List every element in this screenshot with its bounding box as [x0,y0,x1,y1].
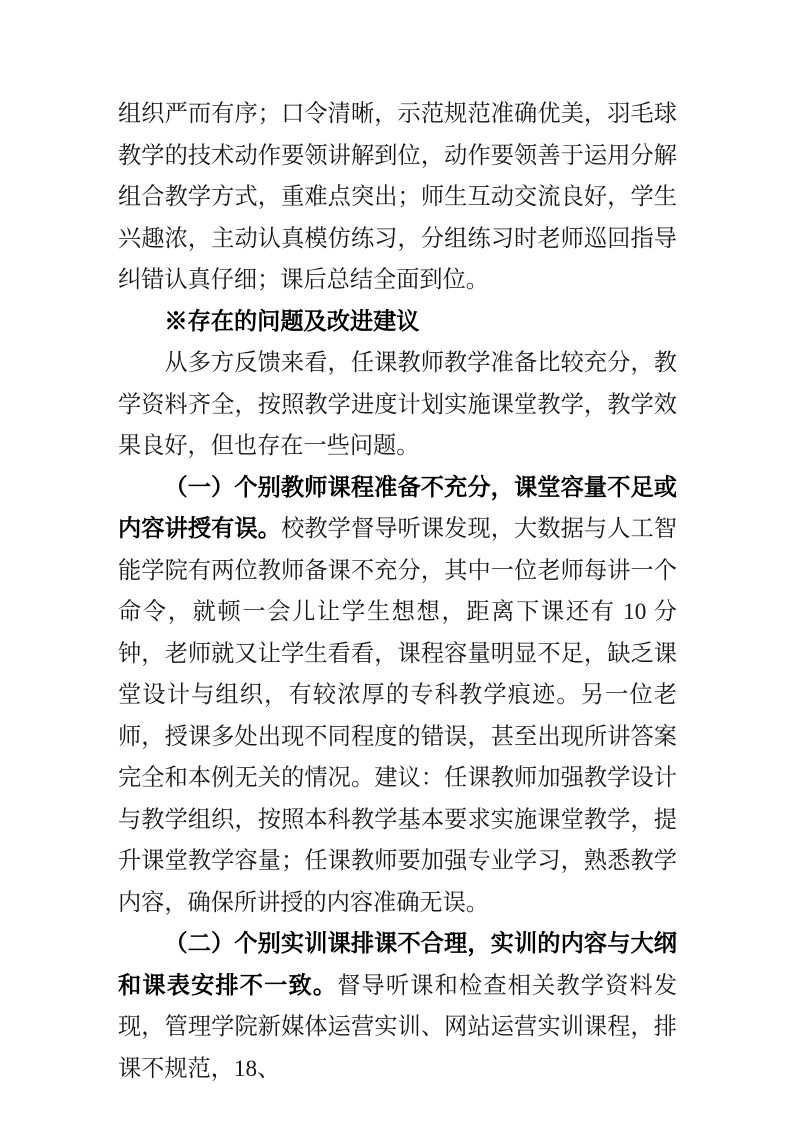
paragraph-overview: 从多方反馈来看，任课教师教学准备比较充分，教学资料齐全，按照教学进度计划实施课堂… [118,343,677,468]
section-heading: ※存在的问题及改进建议 [118,302,677,344]
paragraph-continuation-text: 组织严而有序；口令清晰，示范规范准确优美，羽毛球教学的技术动作要领讲解到位，动作… [118,101,677,293]
paragraph-continuation: 组织严而有序；口令清晰，示范规范准确优美，羽毛球教学的技术动作要领讲解到位，动作… [118,94,677,302]
issue-1-body-text: 校教学督导听课发现，大数据与人工智能学院有两位教师备课不充分，其中一位老师每讲一… [118,516,677,916]
paragraph-issue-2: （二）个别实训课排课不合理，实训的内容与大纲和课表安排不一致。督导听课和检查相关… [118,924,677,1090]
section-heading-text: ※存在的问题及改进建议 [164,309,419,335]
paragraph-overview-text: 从多方反馈来看，任课教师教学准备比较充分，教学资料齐全，按照教学进度计划实施课堂… [118,350,677,459]
document-page: 组织严而有序；口令清晰，示范规范准确优美，羽毛球教学的技术动作要领讲解到位，动作… [0,0,793,1122]
paragraph-issue-1: （一）个别教师课程准备不充分，课堂容量不足或内容讲授有误。校教学督导听课发现，大… [118,468,677,925]
